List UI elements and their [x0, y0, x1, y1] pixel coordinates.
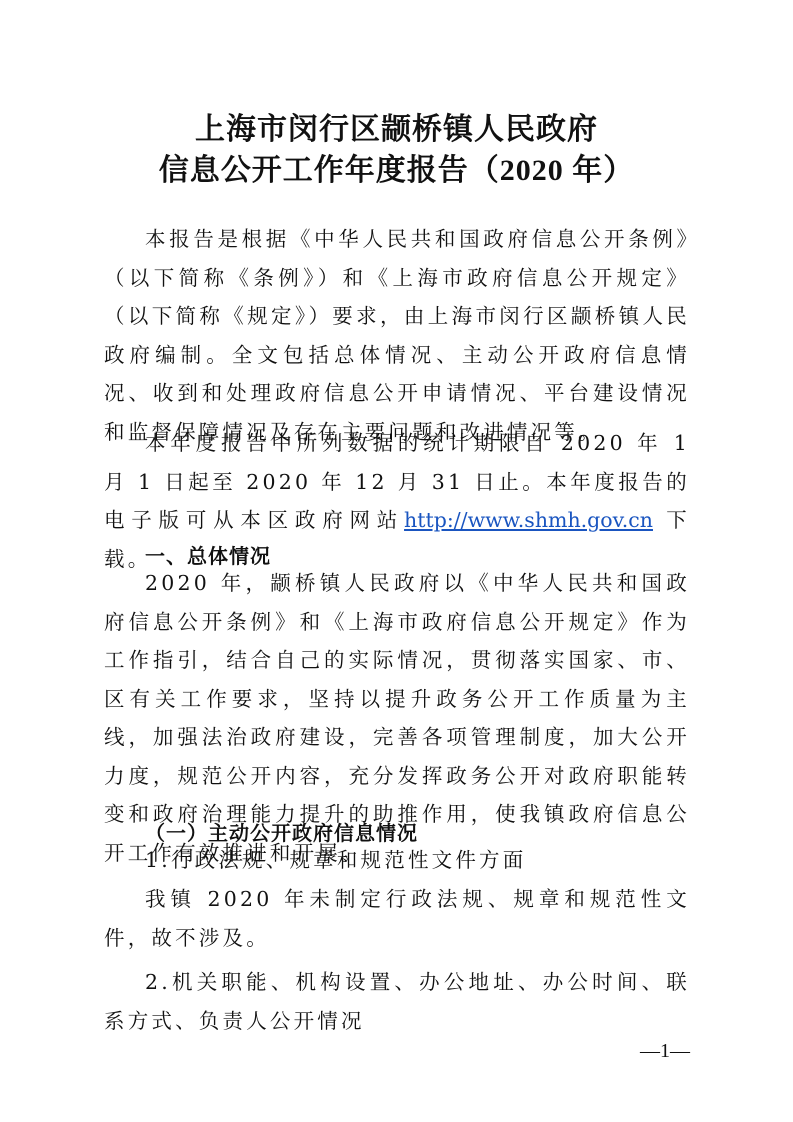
- item1-body: 我镇 2020 年未制定行政法规、规章和规范性文件，故不涉及。: [104, 880, 690, 957]
- intro-paragraph-1: 本报告是根据《中华人民共和国政府信息公开条例》（以下简称《条例》）和《上海市政府…: [104, 220, 690, 451]
- government-website-link[interactable]: http://www.shmh.gov.cn: [404, 508, 653, 532]
- page-number: —1—: [640, 1040, 690, 1063]
- item1-title: 1.行政法规、规章和规范性文件方面: [104, 841, 690, 880]
- item2-title: 2.机关职能、机构设置、办公地址、办公时间、联系方式、负责人公开情况: [104, 963, 690, 1040]
- document-title-line2: 信息公开工作年度报告（2020 年）: [0, 145, 793, 189]
- document-title-line1: 上海市闵行区颛桥镇人民政府: [0, 104, 793, 148]
